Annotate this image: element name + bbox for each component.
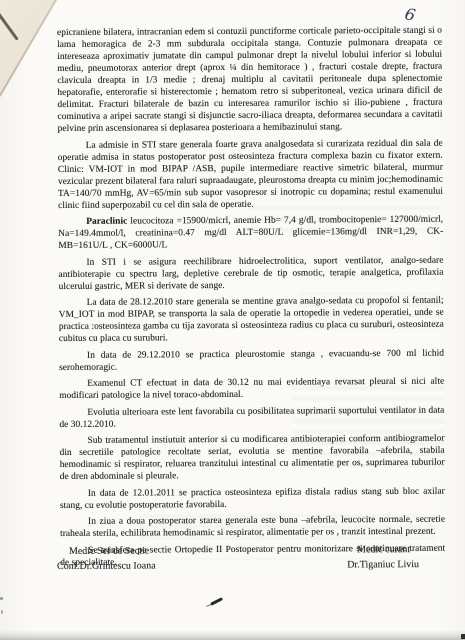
paragraph: In ziua a doua postoperator starea gener… (60, 514, 445, 540)
paragraph: La data de 28.12.2010 stare generala se … (59, 295, 444, 345)
paragraph-text: In data de 12.01.2011 se practica osteos… (60, 486, 445, 510)
scan-speck (461, 634, 465, 639)
paragraph: Examenul CT efectuat in data de 30.12 nu… (59, 376, 444, 402)
scan-speck (0, 597, 3, 600)
paragraph-text: La admisie in STI stare generala foarte … (58, 138, 443, 210)
signature-left: Medic Sef de Sectie Conf.Dr.Grintescu Io… (57, 544, 156, 574)
scanned-document-page: 6 epicraniene bilatera, intracranian ede… (0, 0, 465, 640)
scan-bottom-edge (0, 630, 465, 640)
signature-role: Medic Sef de Sectie (57, 544, 156, 559)
signature-name: Dr.Tiganiuc Liviu (347, 558, 419, 573)
paragraph-text: Evolutia ulterioara este lent favorabila… (59, 405, 444, 429)
paragraph: In data de 12.01.2011 se practica osteos… (60, 485, 445, 511)
paragraph: In data de 29.12.2010 se practica pleuro… (59, 347, 444, 373)
paragraph: Evolutia ulterioara este lent favorabila… (59, 404, 444, 430)
paragraph: In STI i se asigura reechilibrare hidroe… (58, 254, 443, 292)
signature-block: Medic Sef de Sectie Conf.Dr.Grintescu Io… (57, 543, 429, 574)
paragraph-text: La data de 28.12.2010 stare generala se … (59, 296, 444, 344)
ink-mark (210, 597, 223, 605)
signature-right: Medic curant Dr.Tiganiuc Liviu (347, 543, 419, 572)
paragraph-paraclinic: Paraclinic leucocitoza =15900/micrl, ane… (58, 214, 443, 252)
signature-name: Conf.Dr.Grintescu Ioana (57, 559, 156, 574)
paragraph-lead: Paraclinic (86, 217, 127, 227)
paragraph: Sub tratamentul instiutuit anterior si c… (59, 433, 444, 483)
paragraph-text: Sub tratamentul instiutuit anterior si c… (60, 434, 445, 482)
paragraph-text: In STI i se asigura reechilibrare hidroe… (58, 255, 443, 291)
paragraph-text: epicraniene bilatera, intracranian edem … (57, 26, 443, 134)
paragraph-text: In ziua a doua postoperator starea gener… (60, 515, 445, 539)
paragraph: epicraniene bilatera, intracranian edem … (57, 25, 443, 135)
paragraph-text: Examenul CT efectuat in data de 30.12 nu… (59, 377, 444, 401)
signature-role: Medic curant (347, 543, 419, 558)
handwritten-page-number: 6 (403, 4, 417, 25)
document-body: epicraniene bilatera, intracranian edem … (57, 25, 445, 573)
scan-speck (1, 610, 3, 614)
paragraph-text: In data de 29.12.2010 se practica pleuro… (59, 348, 444, 372)
paragraph: La admisie in STI stare generala foarte … (58, 137, 443, 211)
